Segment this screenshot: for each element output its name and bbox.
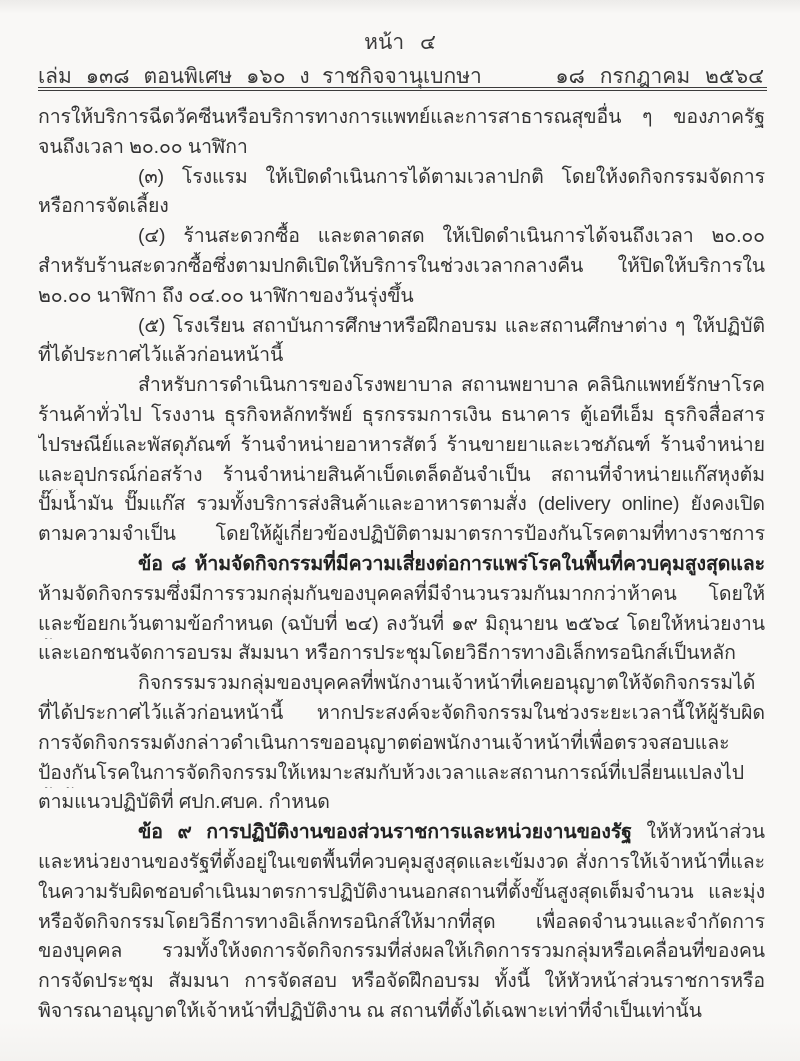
text-line: พิจารณาอนุญาตให้เจ้าหน้าที่ปฏิบัติงาน ณ … bbox=[38, 997, 765, 1027]
text-line: ไปรษณีย์และพัสดุภัณฑ์ ร้านจำหน่ายอาหารสั… bbox=[38, 431, 765, 461]
body-text: ตามแนวปฏิบัติที่ ศปก.ศบค. กำหนด bbox=[38, 791, 330, 813]
body-text: (๔) ร้านสะดวกซื้อ และตลาดสด ให้เปิดดำเนิ… bbox=[38, 225, 765, 252]
clause-heading-text: ข้อ ๙ การปฏิบัติงานของส่วนราชการและหน่วย… bbox=[138, 821, 632, 843]
body-text: ๒๐.๐๐ นาฬิกา ถึง ๐๔.๐๐ นาฬิกาของวันรุ่งข… bbox=[38, 285, 414, 307]
text-line: ที่ได้ประกาศไว้แล้วก่อนหน้านี้ หากประสงค… bbox=[38, 699, 765, 729]
body-text: การให้บริการฉีดวัคซีนหรือบริการทางการแพท… bbox=[38, 106, 765, 133]
body-text: การจัดประชุม สัมมนา การจัดสอบ หรือจัดฝึก… bbox=[38, 970, 765, 997]
body-text: ในความรับผิดชอบดำเนินมาตรการปฏิบัติงานนอ… bbox=[38, 881, 765, 908]
text-line: ข้อ ๙ การปฏิบัติงานของส่วนราชการและหน่วย… bbox=[38, 818, 765, 848]
text-line: ที่ได้ประกาศไว้แล้วก่อนหน้านี้ bbox=[38, 341, 765, 371]
text-line: (๔) ร้านสะดวกซื้อ และตลาดสด ให้เปิดดำเนิ… bbox=[38, 222, 765, 252]
text-line: หรือจัดกิจกรรมโดยวิธีการทางอิเล็กทรอนิกส… bbox=[38, 908, 765, 938]
body-text: (๕) โรงเรียน สถาบันการศึกษาหรือฝึกอบรม แ… bbox=[38, 315, 765, 342]
body-text: ห้ามจัดกิจกรรมซึ่งมีการรวมกลุ่มกันของบุค… bbox=[38, 583, 765, 610]
text-line: และเอกชนจัดการอบรม สัมมนา หรือการประชุมโ… bbox=[38, 639, 765, 669]
body-text: ของบุคคล รวมทั้งให้งดการจัดกิจกรรมที่ส่ง… bbox=[38, 940, 765, 967]
text-line: ของบุคคล รวมทั้งให้งดการจัดกิจกรรมที่ส่ง… bbox=[38, 937, 765, 967]
page-number-label: หน้า ๔ bbox=[0, 26, 800, 59]
body-text: ป้องกันโรคในการจัดกิจกรรมให้เหมาะสมกับห้… bbox=[38, 762, 765, 789]
body-text: ที่ได้ประกาศไว้แล้วก่อนหน้านี้ bbox=[38, 344, 283, 366]
text-line: (๓) โรงแรม ให้เปิดดำเนินการได้ตามเวลาปกต… bbox=[38, 163, 765, 193]
body-text: (๓) โรงแรม ให้เปิดดำเนินการได้ตามเวลาปกต… bbox=[38, 166, 765, 193]
text-line: และข้อยกเว้นตามข้อกำหนด (ฉบับที่ ๒๔) ลงว… bbox=[38, 610, 765, 640]
text-line: สำหรับร้านสะดวกซื้อซึ่งตามปกติเปิดให้บริ… bbox=[38, 252, 765, 282]
header-divider-rule bbox=[38, 87, 767, 91]
clause-heading-text: ข้อ ๘ ห้ามจัดกิจกรรมที่มีความเสี่ยงต่อกา… bbox=[38, 553, 765, 580]
body-text: ปั๊มน้ำมัน ปั๊มแก๊ส รวมทั้งบริการส่งสินค… bbox=[38, 493, 765, 520]
body-text: ไปรษณีย์และพัสดุภัณฑ์ ร้านจำหน่ายอาหารสั… bbox=[38, 434, 765, 461]
gazette-page: หน้า ๔ เล่ม ๑๓๘ ตอนพิเศษ ๑๖๐ ง ราชกิจจาน… bbox=[0, 0, 800, 1061]
body-text: ร้านค้าทั่วไป โรงงาน ธุรกิจหลักทรัพย์ ธุ… bbox=[38, 404, 765, 431]
body-text: และอุปกรณ์ก่อสร้าง ร้านจำหน่ายสินค้าเบ็ด… bbox=[38, 464, 765, 491]
body-text: สำหรับร้านสะดวกซื้อซึ่งตามปกติเปิดให้บริ… bbox=[38, 255, 765, 282]
body-text: ตามความจำเป็น โดยให้ผู้เกี่ยวข้องปฏิบัติ… bbox=[38, 523, 765, 550]
text-line: ในความรับผิดชอบดำเนินมาตรการปฏิบัติงานนอ… bbox=[38, 878, 765, 908]
text-line: ปั๊มน้ำมัน ปั๊มแก๊ส รวมทั้งบริการส่งสินค… bbox=[38, 490, 765, 520]
text-line: การจัดกิจกรรมดังกล่าวดำเนินการขออนุญาตต่… bbox=[38, 729, 765, 759]
text-line: จนถึงเวลา ๒๐.๐๐ นาฬิกา bbox=[38, 133, 765, 163]
body-text: สำหรับการดำเนินการของโรงพยาบาล สถานพยาบา… bbox=[38, 374, 765, 401]
text-line: ร้านค้าทั่วไป โรงงาน ธุรกิจหลักทรัพย์ ธุ… bbox=[38, 401, 765, 431]
text-line: ข้อ ๘ ห้ามจัดกิจกรรมที่มีความเสี่ยงต่อกา… bbox=[38, 550, 765, 580]
body-text: กิจกรรมรวมกลุ่มของบุคคลที่พนักงานเจ้าหน้… bbox=[38, 672, 755, 699]
text-line: และหน่วยงานของรัฐที่ตั้งอยู่ในเขตพื้นที่… bbox=[38, 848, 765, 878]
text-line: สำหรับการดำเนินการของโรงพยาบาล สถานพยาบา… bbox=[38, 371, 765, 401]
body-text: การจัดกิจกรรมดังกล่าวดำเนินการขออนุญาตต่… bbox=[38, 732, 730, 759]
text-line: ตามแนวปฏิบัติที่ ศปก.ศบค. กำหนด bbox=[38, 788, 765, 818]
text-line: ๒๐.๐๐ นาฬิกา ถึง ๐๔.๐๐ นาฬิกาของวันรุ่งข… bbox=[38, 282, 765, 312]
gazette-masthead: เล่ม ๑๓๘ ตอนพิเศษ ๑๖๐ ง ราชกิจจานุเบกษา … bbox=[38, 60, 766, 86]
text-line: ป้องกันโรคในการจัดกิจกรรมให้เหมาะสมกับห้… bbox=[38, 759, 765, 789]
document-body: การให้บริการฉีดวัคซีนหรือบริการทางการแพท… bbox=[38, 103, 765, 1027]
body-text: และเอกชนจัดการอบรม สัมมนา หรือการประชุมโ… bbox=[38, 642, 736, 664]
text-line: หรือการจัดเลี้ยง bbox=[38, 192, 765, 222]
body-text: และข้อยกเว้นตามข้อกำหนด (ฉบับที่ ๒๔) ลงว… bbox=[38, 613, 765, 640]
body-text: พิจารณาอนุญาตให้เจ้าหน้าที่ปฏิบัติงาน ณ … bbox=[38, 1000, 702, 1022]
text-line: กิจกรรมรวมกลุ่มของบุคคลที่พนักงานเจ้าหน้… bbox=[38, 669, 765, 699]
text-line: (๕) โรงเรียน สถาบันการศึกษาหรือฝึกอบรม แ… bbox=[38, 312, 765, 342]
text-line: และอุปกรณ์ก่อสร้าง ร้านจำหน่ายสินค้าเบ็ด… bbox=[38, 461, 765, 491]
body-text: หรือจัดกิจกรรมโดยวิธีการทางอิเล็กทรอนิกส… bbox=[38, 911, 765, 938]
text-line: การให้บริการฉีดวัคซีนหรือบริการทางการแพท… bbox=[38, 103, 765, 133]
body-text: ที่ได้ประกาศไว้แล้วก่อนหน้านี้ หากประสงค… bbox=[38, 702, 765, 729]
text-line: ห้ามจัดกิจกรรมซึ่งมีการรวมกลุ่มกันของบุค… bbox=[38, 580, 765, 610]
body-text: และหน่วยงานของรัฐที่ตั้งอยู่ในเขตพื้นที่… bbox=[38, 851, 765, 878]
text-line: ตามความจำเป็น โดยให้ผู้เกี่ยวข้องปฏิบัติ… bbox=[38, 520, 765, 550]
text-line: การจัดประชุม สัมมนา การจัดสอบ หรือจัดฝึก… bbox=[38, 967, 765, 997]
body-text: หรือการจัดเลี้ยง bbox=[38, 195, 169, 217]
body-text: จนถึงเวลา ๒๐.๐๐ นาฬิกา bbox=[38, 136, 248, 158]
